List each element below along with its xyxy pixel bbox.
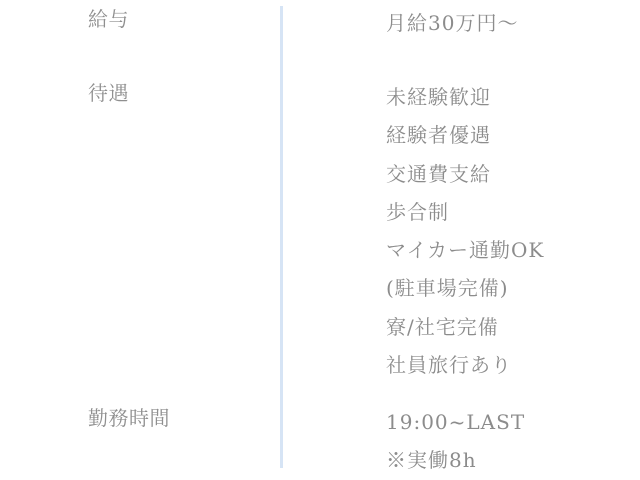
benefit-item: 経験者優遇	[386, 116, 544, 154]
benefits-values: 未経験歓迎 経験者優遇 交通費支給 歩合制 マイカー通勤OK (駐車場完備) 寮…	[386, 78, 544, 384]
benefit-item: 寮/社宅完備	[386, 308, 544, 346]
working-hours-value: 19:00~LAST	[386, 403, 525, 441]
working-hours-note: ※実働8h	[386, 441, 525, 479]
benefit-item: 交通費支給	[386, 155, 544, 193]
benefit-item: 社員旅行あり	[386, 346, 544, 384]
benefit-item: マイカー通勤OK	[386, 231, 544, 269]
working-hours-label: 勤務時間	[88, 403, 170, 433]
benefit-item: 歩合制	[386, 193, 544, 231]
benefits-label: 待遇	[88, 78, 129, 108]
salary-value: 月給30万円～	[386, 4, 518, 42]
column-divider	[280, 6, 283, 468]
working-hours-values: 19:00~LAST ※実働8h	[386, 403, 525, 480]
benefit-item: 未経験歓迎	[386, 78, 544, 116]
salary-values: 月給30万円～	[386, 4, 518, 42]
salary-label: 給与	[88, 4, 129, 34]
benefit-item: (駐車場完備)	[386, 269, 544, 307]
